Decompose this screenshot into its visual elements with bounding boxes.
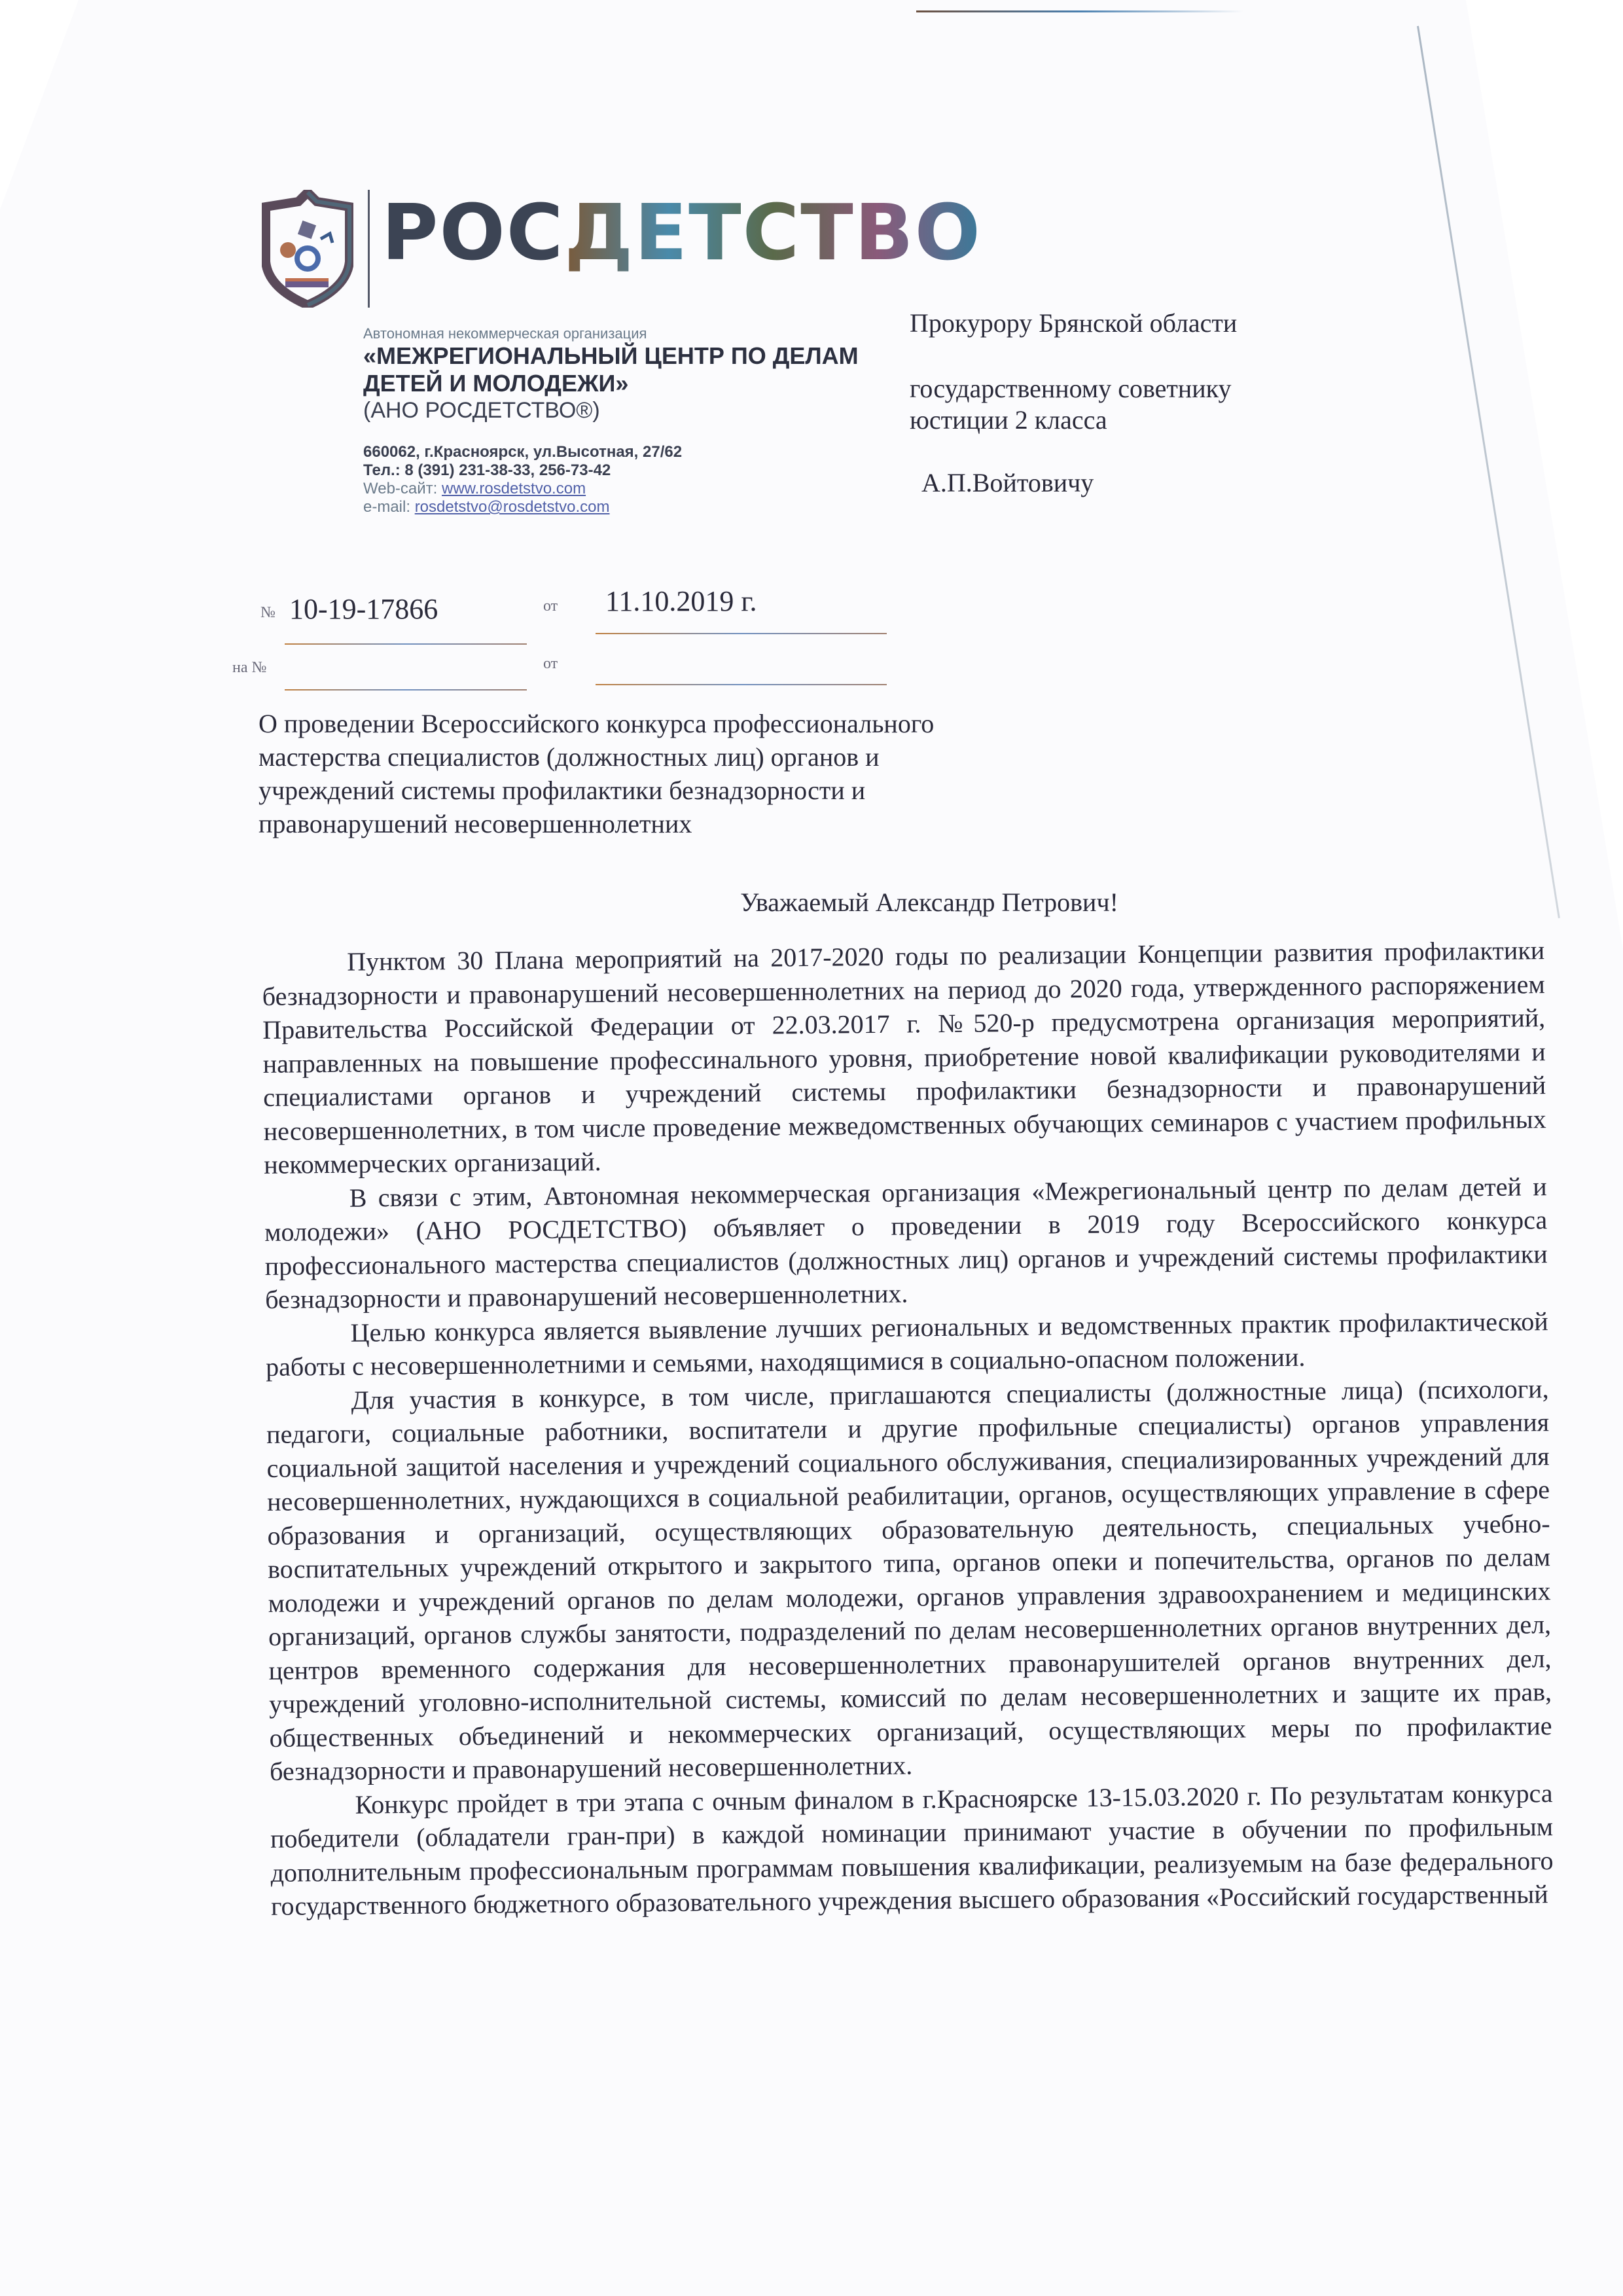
org-address: 660062, г.Красноярск, ул.Высотная, 27/62 (363, 443, 859, 461)
outgoing-number: 10-19-17866 (289, 592, 438, 626)
salutation-text: Уважаемый Александр Петрович! (740, 888, 1118, 917)
number-underline (285, 643, 527, 645)
org-website-row: Web-сайт: www.rosdetstvo.com (363, 480, 859, 498)
organization-block: Автономная некоммерческая организация «М… (363, 325, 859, 516)
body-paragraph: Пунктом 30 Плана мероприятий на 2017-202… (262, 933, 1546, 1181)
email-label: e-mail: (363, 498, 415, 516)
logo-wordmark: РОСДЕТСТВО (382, 196, 982, 268)
addressee-block: Прокурору Брянской области государственн… (910, 308, 1237, 499)
org-email-row: e-mail: rosdetstvo@rosdetstvo.com (363, 498, 859, 516)
ref-date-underline (596, 684, 887, 685)
letter-body: Пунктом 30 Плана мероприятий на 2017-202… (262, 933, 1554, 1923)
subject-line: правонарушений несовершеннолетних (259, 807, 978, 840)
org-short-name: (АНО РОСДЕТСТВО®) (363, 397, 859, 423)
subject-line: мастерства специалистов (должностных лиц… (259, 740, 978, 774)
addressee-position: Прокурору Брянской области (910, 308, 1237, 339)
body-paragraph: Для участия в конкурсе, в том числе, при… (266, 1372, 1552, 1789)
letter-subject: О проведении Всероссийского конкурса про… (259, 707, 978, 840)
outgoing-date: 11.10.2019 г. (605, 584, 757, 618)
registration-block: № 10-19-17866 от 11.10.2019 г. на № от (249, 592, 1001, 684)
ref-number-underline (285, 689, 527, 691)
number-label: № (260, 604, 276, 622)
email-link[interactable]: rosdetstvo@rosdetstvo.com (415, 498, 610, 516)
body-paragraph: В связи с этим, Автономная некоммерческа… (264, 1170, 1548, 1317)
subject-line: О проведении Всероссийского конкурса про… (259, 707, 978, 740)
logo-divider (368, 190, 370, 308)
subject-line: учреждений системы профилактики безнадзо… (259, 774, 978, 807)
body-paragraph: Целью конкурса является выявление лучших… (265, 1304, 1548, 1384)
website-link[interactable]: www.rosdetstvo.com (442, 480, 586, 497)
org-name-line1: «МЕЖРЕГИОНАЛЬНЫЙ ЦЕНТР ПО ДЕЛАМ (363, 342, 859, 370)
org-phone: Тел.: 8 (391) 231-38-33, 256-73-42 (363, 461, 859, 480)
letterhead-logo: РОСДЕТСТВО (262, 190, 982, 308)
addressee-name: А.П.Войтовичу (921, 467, 1237, 499)
org-kind: Автономная некоммерческая организация (363, 325, 859, 342)
scanned-letter-page: РОСДЕТСТВО Автономная некоммерческая орг… (0, 0, 1623, 2296)
addressee-rank-line2: юстиции 2 класса (910, 404, 1237, 436)
salutation: Уважаемый Александр Петрович! (0, 887, 1623, 918)
shield-emblem-icon (262, 190, 353, 308)
logo-ros: РОС (382, 187, 564, 278)
org-name-line2: ДЕТЕЙ И МОЛОДЕЖИ» (363, 370, 859, 397)
body-paragraph: Конкурс пройдет в три этапа с очным фина… (270, 1776, 1554, 1924)
cropped-corner (0, 0, 79, 209)
scan-edge (916, 10, 1243, 12)
ref-date-label: от (543, 655, 558, 673)
addressee-rank-line1: государственному советнику (910, 373, 1237, 404)
org-contacts: 660062, г.Красноярск, ул.Высотная, 27/62… (363, 443, 859, 516)
date-underline (596, 633, 887, 634)
logo-detstvo: ДЕТСТВО (564, 187, 982, 278)
date-label: от (543, 598, 558, 615)
website-label: Web-сайт: (363, 480, 442, 497)
ref-number-label: на № (232, 659, 266, 677)
